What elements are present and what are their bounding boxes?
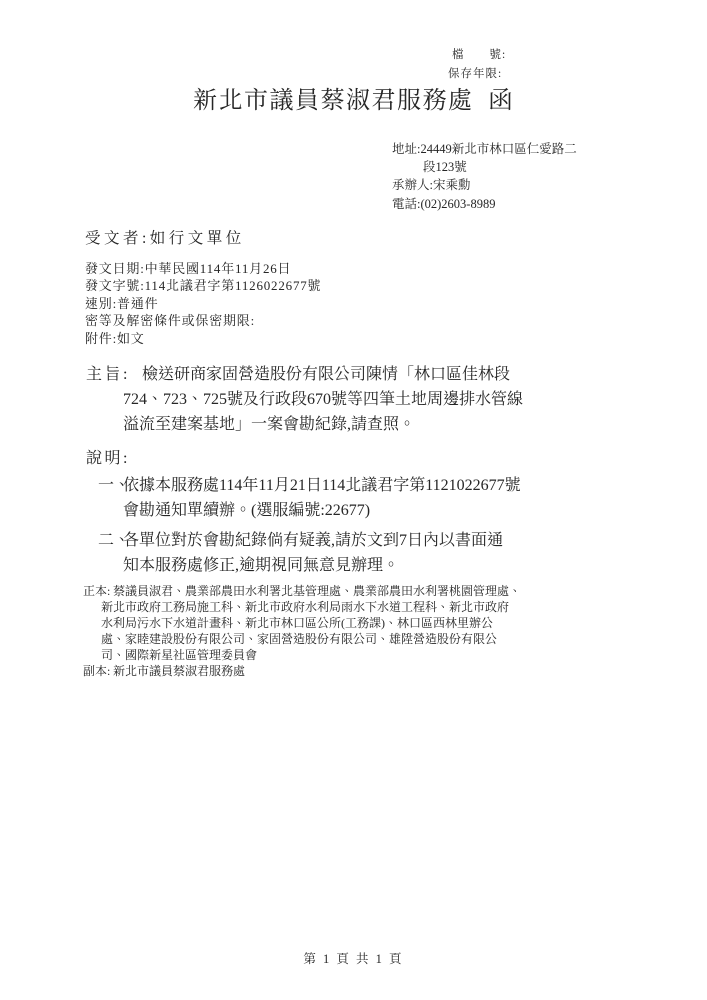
classification-line: 密等及解密條件或保密期限:: [85, 312, 321, 329]
original-copy-line: 蔡議員淑君、農業部農田水利署北基管理處、農業部農田水利署桃園管理處、: [101, 583, 521, 599]
subject-text-line: 724、723、725號及行政段670號等四筆土地周邊排水管線: [123, 387, 523, 412]
page-number-footer: 第 1 頁 共 1 頁: [0, 949, 707, 967]
subject-text-line: 檢送研商家固營造股份有限公司陳情「林口區佳林段: [123, 362, 523, 387]
document-meta-block: 發文日期:中華民國114年11月26日 發文字號:114北議君字第1126022…: [85, 260, 321, 347]
official-letter-page: 檔 號: 保存年限: 新北市議員蔡淑君服務處函 地址:24449新北市林口區仁愛…: [0, 0, 707, 1000]
issue-number-line: 發文字號:114北議君字第1126022677號: [85, 277, 321, 294]
sender-phone: 電話:(02)2603-8989: [392, 195, 577, 213]
sender-address-line2: 段123號: [423, 158, 577, 176]
recipient-line: 受文者:如行文單位: [85, 226, 245, 248]
explanation-block: 說明: 一、 依據本服務處114年11月21日114北議君字第112102267…: [86, 446, 521, 578]
issuing-org-name: 新北市議員蔡淑君服務處: [193, 88, 474, 114]
original-copy-line: 司、國際新星社區管理委員會: [101, 647, 521, 663]
cc-copy-line: 新北市議員蔡淑君服務處: [101, 663, 521, 679]
file-number-label: 檔 號:: [452, 46, 506, 62]
explanation-text-line: 會勘通知單續辦。(選服編號:22677): [123, 499, 521, 524]
sender-address-line1: 地址:24449新北市林口區仁愛路二: [392, 140, 577, 158]
item-number: 二、: [98, 529, 130, 554]
explanation-text-line: 知本服務處修正,逾期視同無意見辦理。: [123, 554, 521, 579]
distribution-block: 正本: 蔡議員淑君、農業部農田水利署北基管理處、農業部農田水利署桃園管理處、 新…: [83, 583, 521, 679]
subject-text-line: 溢流至建案基地」一案會勘紀錄,請查照。: [123, 412, 523, 437]
sender-info-block: 地址:24449新北市林口區仁愛路二 段123號 承辦人:宋乘勳 電話:(02)…: [392, 140, 577, 213]
original-copy-line: 水利局污水下水道計畫科、新北市林口區公所(工務課)、林口區西林里辦公: [101, 615, 521, 631]
explanation-item-1: 一、 依據本服務處114年11月21日114北議君字第1121022677號 會…: [98, 474, 521, 523]
original-copy-line: 處、家睦建設股份有限公司、家固營造股份有限公司、雄陞營造股份有限公: [101, 631, 521, 647]
original-copy-row: 正本: 蔡議員淑君、農業部農田水利署北基管理處、農業部農田水利署桃園管理處、 新…: [83, 583, 521, 663]
explanation-label: 說明:: [86, 446, 521, 471]
original-copy-line: 新北市政府工務局施工科、新北市政府水利局雨水下水道工程科、新北市政府: [101, 599, 521, 615]
item-number: 一、: [98, 474, 130, 499]
sender-contact-person: 承辦人:宋乘勳: [392, 176, 577, 194]
doc-type-letter: 函: [489, 80, 515, 115]
explanation-text-line: 依據本服務處114年11月21日114北議君字第1121022677號: [123, 474, 521, 499]
issue-date-line: 發文日期:中華民國114年11月26日: [85, 260, 321, 277]
priority-line: 速別:普通件: [85, 295, 321, 312]
retention-period-label: 保存年限:: [448, 65, 502, 81]
subject-block: 主旨: 檢送研商家固營造股份有限公司陳情「林口區佳林段 724、723、725號…: [86, 362, 523, 437]
explanation-item-2: 二、 各單位對於會勘紀錄倘有疑義,請於文到7日內以書面通 知本服務處修正,逾期視…: [98, 529, 521, 578]
attachment-line: 附件:如文: [85, 330, 321, 347]
original-copy-label: 正本:: [83, 583, 110, 599]
cc-copy-row: 副本: 新北市議員蔡淑君服務處: [83, 663, 521, 679]
cc-copy-label: 副本:: [83, 663, 110, 679]
subject-label: 主旨:: [86, 362, 130, 387]
document-title: 新北市議員蔡淑君服務處函: [0, 80, 707, 115]
subject-text: 檢送研商家固營造股份有限公司陳情「林口區佳林段 724、723、725號及行政段…: [123, 362, 523, 437]
explanation-text-line: 各單位對於會勘紀錄倘有疑義,請於文到7日內以書面通: [123, 529, 521, 554]
